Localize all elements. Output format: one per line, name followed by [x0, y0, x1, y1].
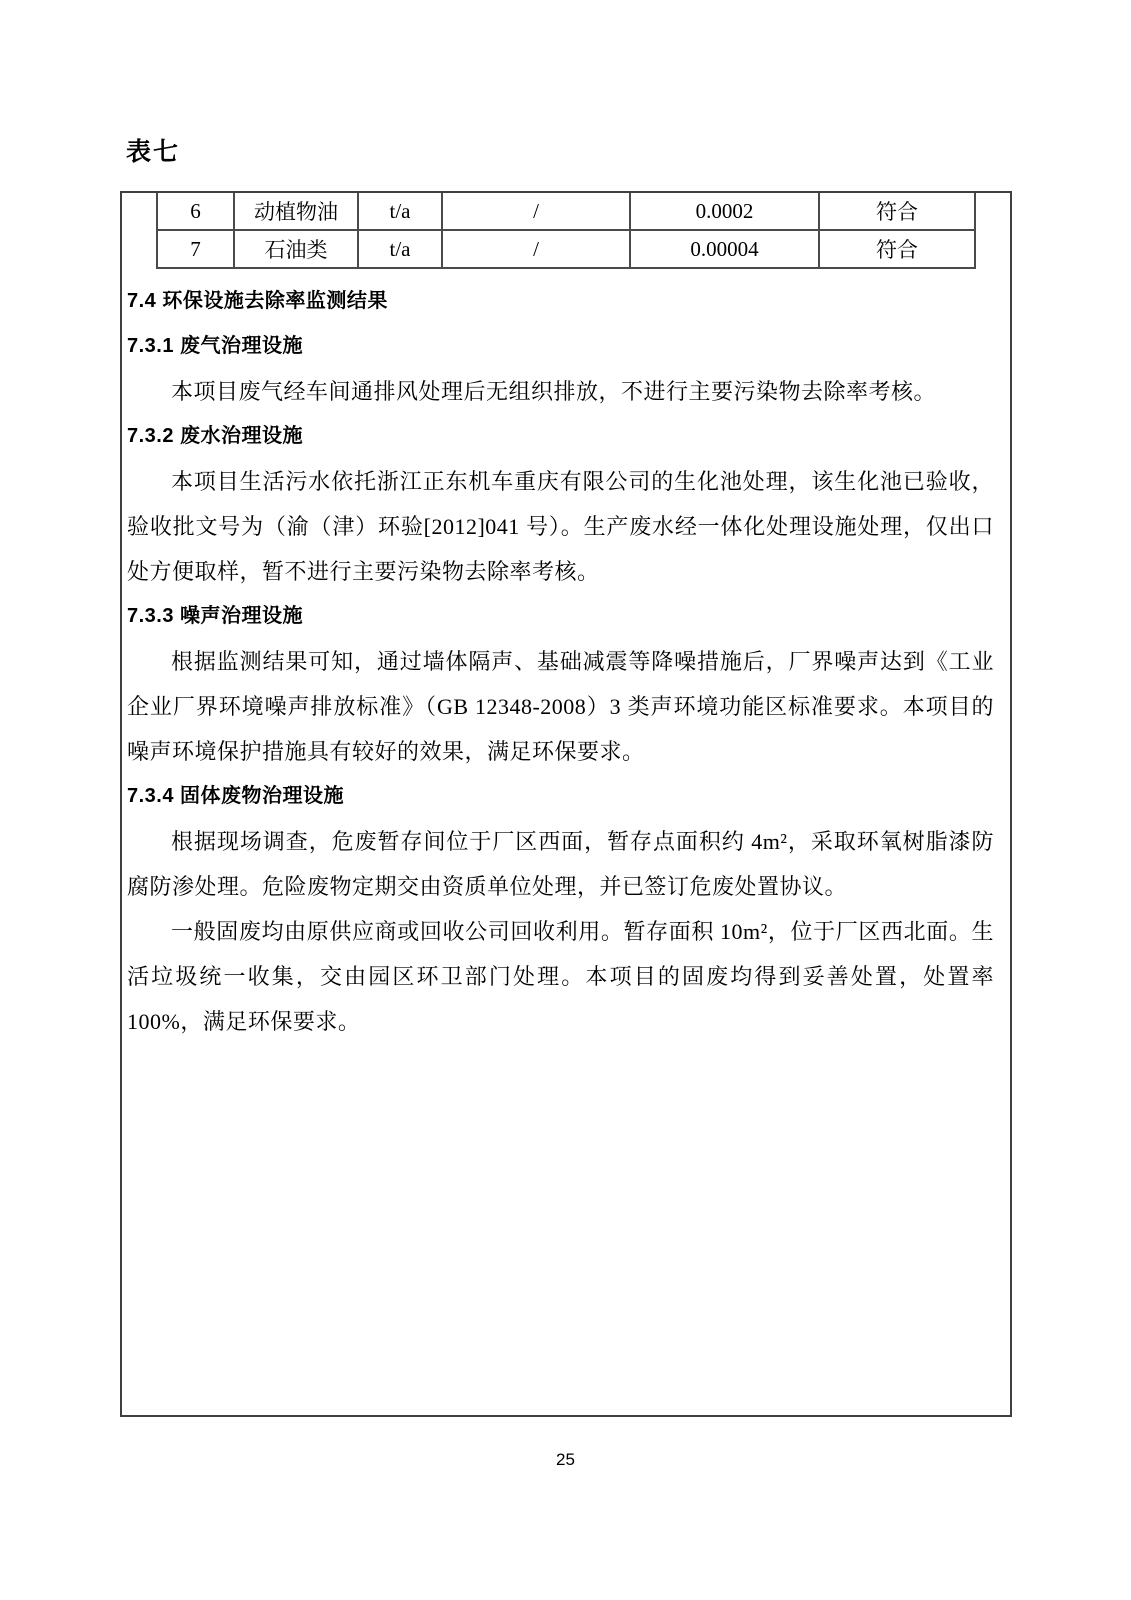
- page-number: 25: [0, 1450, 1131, 1470]
- table-row: 6 动植物油 t/a / 0.0002 符合: [157, 193, 975, 230]
- heading-7-4: 7.4 环保设施去除率监测结果: [127, 279, 994, 324]
- cell-standard: /: [442, 193, 630, 230]
- cell-conclusion: 符合: [819, 230, 975, 268]
- cell-conclusion: 符合: [819, 193, 975, 230]
- document-page: { "document": { "table_label": "表七", "pa…: [0, 0, 1131, 1600]
- heading-7-3-2: 7.3.2 废水治理设施: [127, 414, 994, 459]
- cell-value: 0.00004: [630, 230, 819, 268]
- heading-7-3-4: 7.3.4 固体废物治理设施: [127, 774, 994, 819]
- cell-unit: t/a: [358, 193, 442, 230]
- table-caption: 表七: [126, 132, 180, 168]
- cell-pollutant: 石油类: [234, 230, 358, 268]
- paragraph-noise: 根据监测结果可知，通过墙体隔声、基础减震等降噪措施后，厂界噪声达到《工业企业厂界…: [127, 639, 994, 774]
- cell-serial: 7: [157, 230, 234, 268]
- cell-pollutant: 动植物油: [234, 193, 358, 230]
- content-frame: 6 动植物油 t/a / 0.0002 符合 7 石油类 t/a / 0.000…: [120, 191, 1012, 1417]
- heading-7-3-1: 7.3.1 废气治理设施: [127, 324, 994, 369]
- paragraph-solid-waste-2: 一般固废均由原供应商或回收公司回收利用。暂存面积 10m²，位于厂区西北面。生活…: [127, 909, 994, 1044]
- cell-value: 0.0002: [630, 193, 819, 230]
- table-row: 7 石油类 t/a / 0.00004 符合: [157, 230, 975, 268]
- report-sections: 7.4 环保设施去除率监测结果 7.3.1 废气治理设施 本项目废气经车间通排风…: [122, 279, 1010, 1044]
- cell-serial: 6: [157, 193, 234, 230]
- paragraph-solid-waste-1: 根据现场调查，危废暂存间位于厂区西面，暂存点面积约 4m²，采取环氧树脂漆防腐防…: [127, 819, 994, 909]
- cell-standard: /: [442, 230, 630, 268]
- cell-unit: t/a: [358, 230, 442, 268]
- heading-7-3-3: 7.3.3 噪声治理设施: [127, 594, 994, 639]
- pollutant-table-continuation: 6 动植物油 t/a / 0.0002 符合 7 石油类 t/a / 0.000…: [156, 193, 976, 269]
- paragraph-waste-water: 本项目生活污水依托浙江正东机车重庆有限公司的生化池处理，该生化池已验收，验收批文…: [127, 459, 994, 594]
- paragraph-waste-gas: 本项目废气经车间通排风处理后无组织排放，不进行主要污染物去除率考核。: [127, 369, 994, 414]
